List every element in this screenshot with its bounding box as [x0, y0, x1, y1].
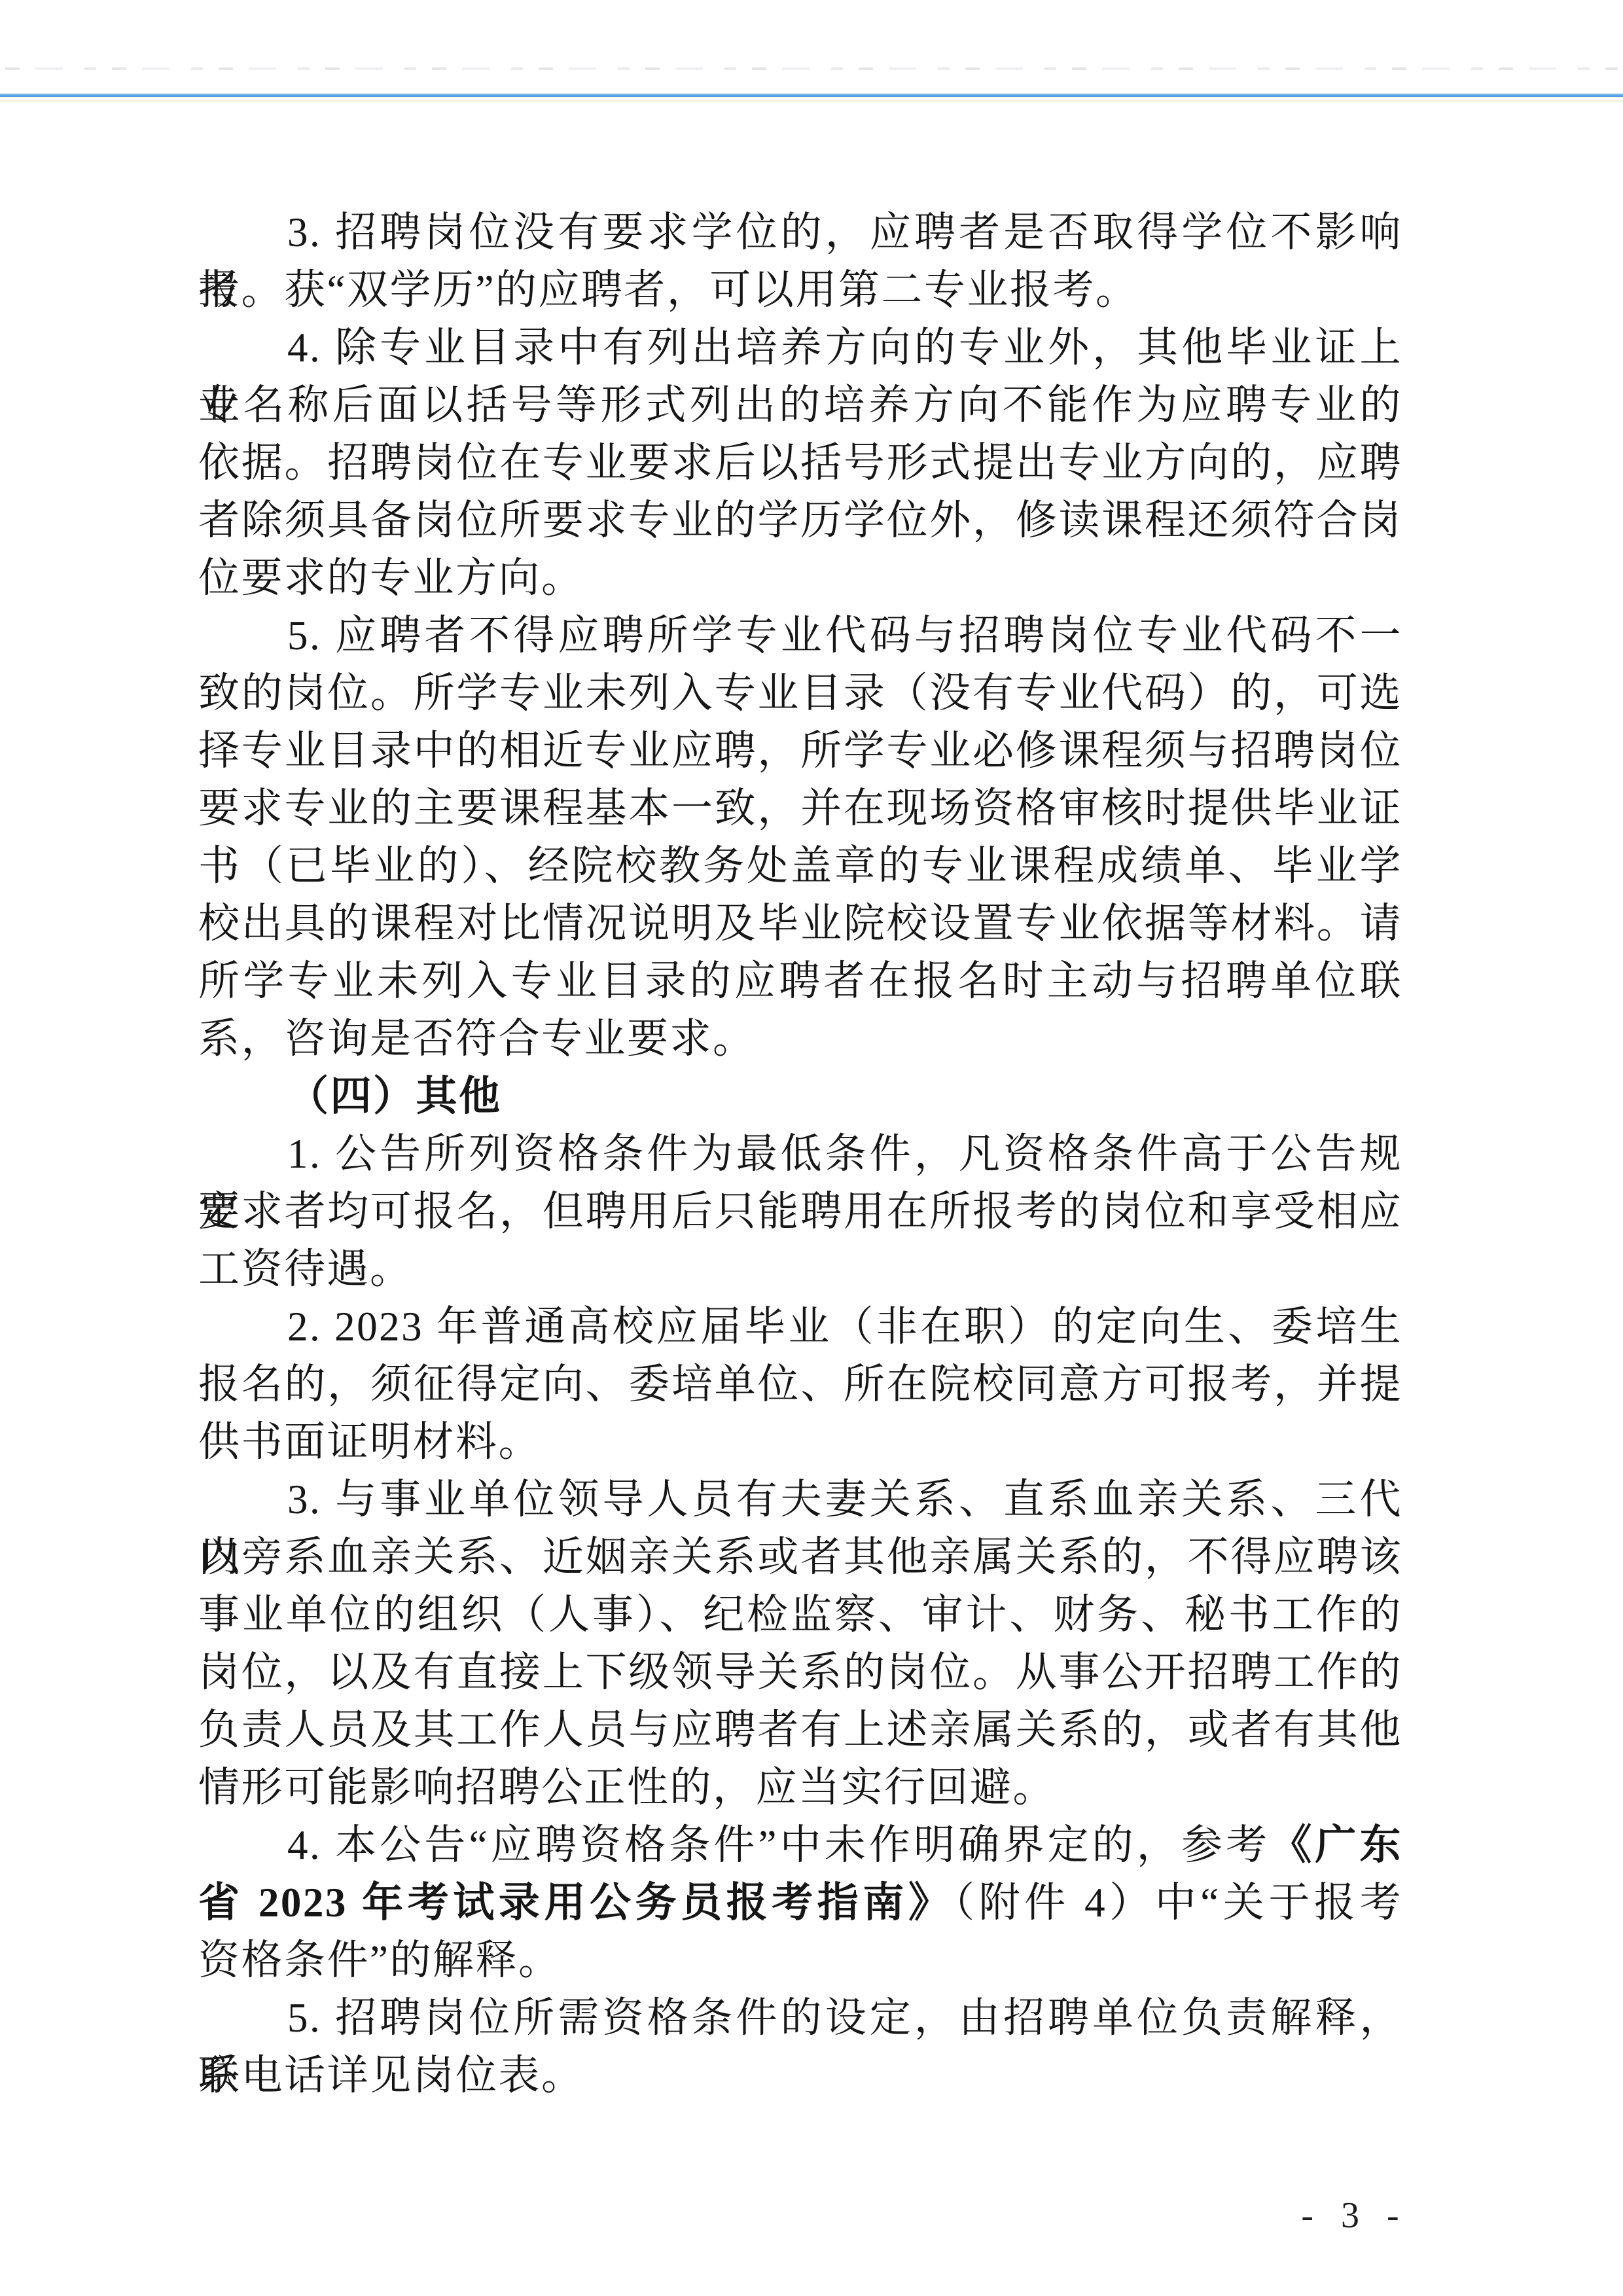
text-line: 4. 除专业目录中有列出培养方向的专业外，其他毕业证上专 [198, 319, 1402, 376]
text-segment: （附件 4）中“关于报考 [954, 1880, 1402, 1926]
text-line: 系电话详见岗位表。 [198, 2047, 1402, 2104]
bleedthrough-artifact-line [5, 67, 1618, 70]
text-line: 1. 公告所列资格条件为最低条件，凡资格条件高于公告规定 [198, 1125, 1402, 1183]
text-line: 内旁系血亲关系、近姻亲关系或者其他亲属关系的，不得应聘该 [198, 1528, 1402, 1586]
document-page: 3. 招聘岗位没有要求学位的，应聘者是否取得学位不影响报 考。获“双学历”的应聘… [0, 0, 1623, 2296]
text-line: 要求专业的主要课程基本一致，并在现场资格审核时提供毕业证 [198, 780, 1402, 837]
text-line: 岗位，以及有直接上下级领导关系的岗位。从事公开招聘工作的 [198, 1643, 1402, 1701]
text-line: 择专业目录中的相近专业应聘，所学专业必修课程须与招聘岗位 [198, 722, 1402, 780]
text-line: 2. 2023 年普通高校应届毕业（非在职）的定向生、委培生 [198, 1298, 1402, 1355]
page-number: - 3 - [1270, 2189, 1440, 2242]
header-blue-rule [0, 94, 1623, 97]
text-line: 3. 与事业单位领导人员有夫妻关系、直系血亲关系、三代以 [198, 1471, 1402, 1528]
text-line: 所学专业未列入专业目录的应聘者在报名时主动与招聘单位联 [198, 952, 1402, 1010]
text-line: 报名的，须征得定向、委培单位、所在院校同意方可报考，并提 [198, 1355, 1402, 1413]
text-line: 考。获“双学历”的应聘者，可以用第二专业报考。 [198, 261, 1402, 319]
text-line: 书（已毕业的）、经院校教务处盖章的专业课程成绩单、毕业学 [198, 837, 1402, 895]
text-line: 业名称后面以括号等形式列出的培养方向不能作为应聘专业的 [198, 376, 1402, 434]
text-line: 事业单位的组织（人事）、纪检监察、审计、财务、秘书工作的 [198, 1586, 1402, 1643]
text-line: 省 2023 年考试录用公务员报考指南》（附件 4）中“关于报考 [198, 1874, 1402, 1931]
text-line: 校出具的课程对比情况说明及毕业院校设置专业依据等材料。请 [198, 895, 1402, 952]
text-line: 5. 招聘岗位所需资格条件的设定，由招聘单位负责解释，联 [198, 1989, 1402, 2047]
text-line: 致的岗位。所学专业未列入专业目录（没有专业代码）的，可选 [198, 664, 1402, 722]
document-body: 3. 招聘岗位没有要求学位的，应聘者是否取得学位不影响报 考。获“双学历”的应聘… [198, 204, 1402, 2104]
text-line: 4. 本公告“应聘资格条件”中未作明确界定的，参考《广东 [198, 1816, 1402, 1874]
section-heading: （四）其他 [198, 1067, 1402, 1125]
text-line: 5. 应聘者不得应聘所学专业代码与招聘岗位专业代码不一 [198, 607, 1402, 664]
text-line: 负责人员及其工作人员与应聘者有上述亲属关系的，或者有其他 [198, 1701, 1402, 1759]
text-line: 依据。招聘岗位在专业要求后以括号形式提出专业方向的，应聘 [198, 434, 1402, 492]
header-cream-rule [0, 99, 1623, 102]
text-line: 3. 招聘岗位没有要求学位的，应聘者是否取得学位不影响报 [198, 204, 1402, 261]
text-line: 要求者均可报名，但聘用后只能聘用在所报考的岗位和享受相应 [198, 1183, 1402, 1240]
text-line: 者除须具备岗位所要求专业的学历学位外，修读课程还须符合岗 [198, 492, 1402, 549]
book-title-segment: 省 2023 年考试录用公务员报考指南》 [198, 1880, 954, 1926]
book-title-segment: 《广东 [1270, 1822, 1402, 1868]
text-segment: 4. 本公告“应聘资格条件”中未作明确界定的，参考 [287, 1822, 1270, 1868]
